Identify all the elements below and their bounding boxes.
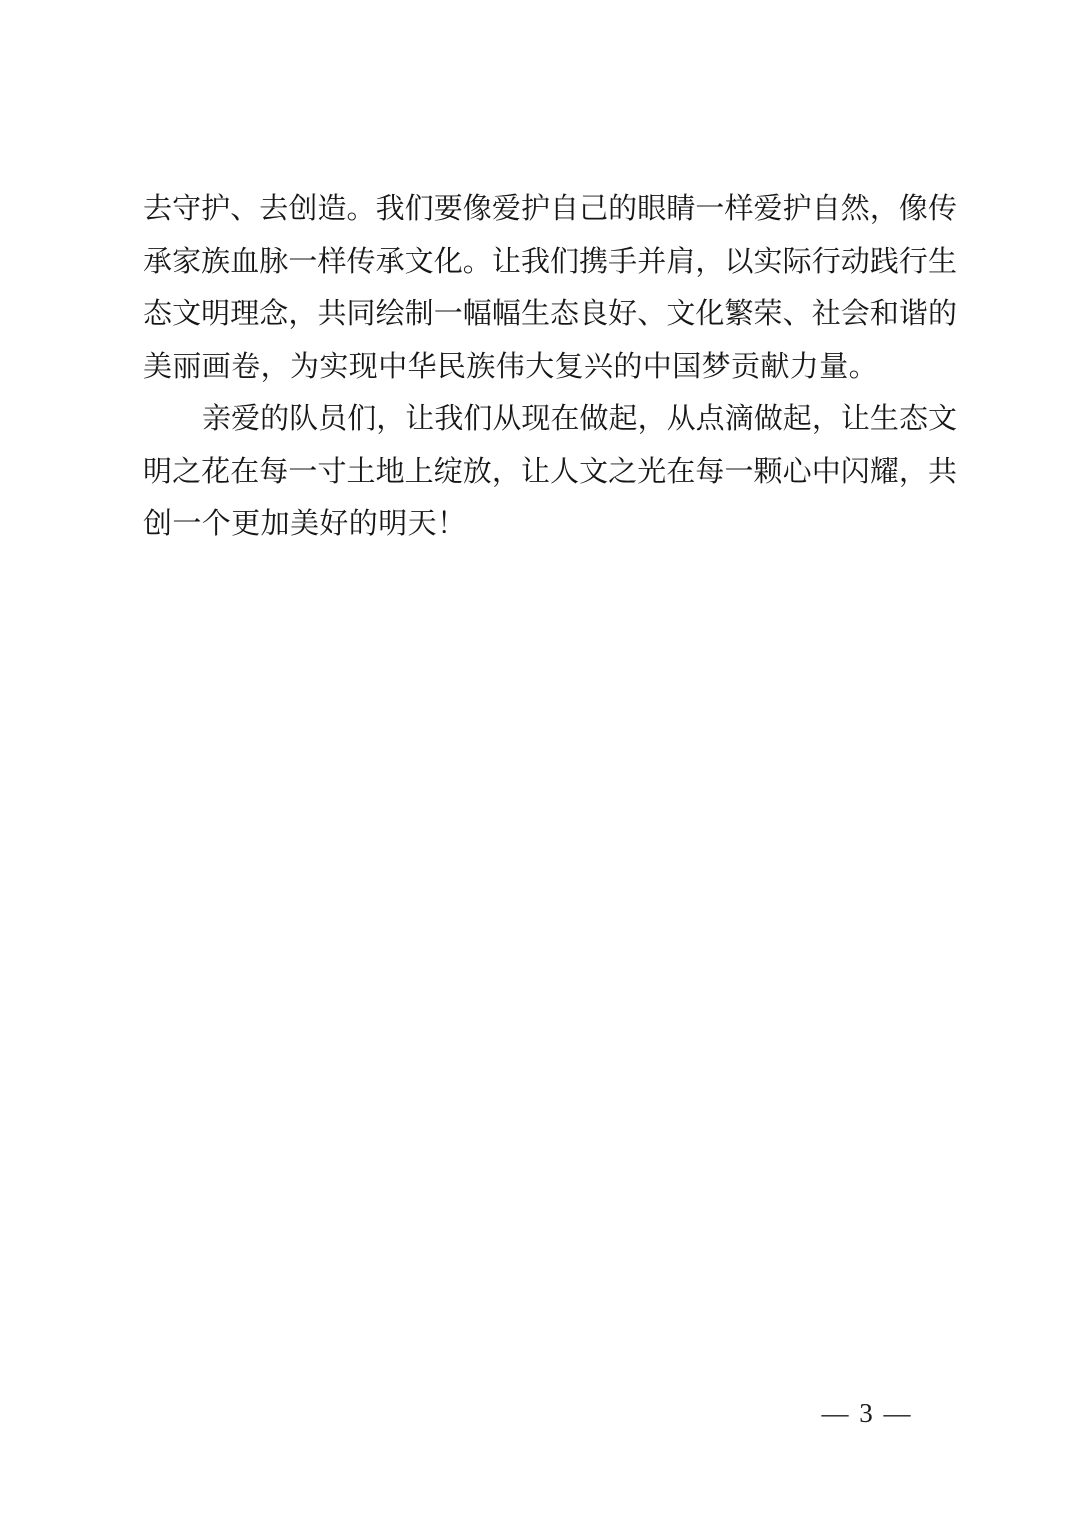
- document-page: 去守护、去创造。我们要像爱护自己的眼睛一样爱护自然，像传 承家族血脉一样传承文化…: [0, 0, 1080, 1527]
- page-number: — 3 —: [812, 1398, 922, 1429]
- paragraph-1-line-2: 承家族血脉一样传承文化。让我们携手并肩，以实际行动践行生: [143, 236, 957, 289]
- paragraph-2-line-1: 亲爱的队员们，让我们从现在做起，从点滴做起，让生态文: [143, 393, 957, 446]
- paragraph-2-line-3: 创一个更加美好的明天！: [143, 498, 957, 551]
- paragraph-2: 亲爱的队员们，让我们从现在做起，从点滴做起，让生态文 明之花在每一寸土地上绽放，…: [143, 393, 957, 551]
- paragraph-1: 去守护、去创造。我们要像爱护自己的眼睛一样爱护自然，像传 承家族血脉一样传承文化…: [143, 183, 957, 393]
- text-block: 去守护、去创造。我们要像爱护自己的眼睛一样爱护自然，像传 承家族血脉一样传承文化…: [143, 183, 957, 551]
- paragraph-1-line-3: 态文明理念，共同绘制一幅幅生态良好、文化繁荣、社会和谐的: [143, 288, 957, 341]
- paragraph-1-line-4: 美丽画卷，为实现中华民族伟大复兴的中国梦贡献力量。: [143, 341, 957, 394]
- paragraph-2-line-2: 明之花在每一寸土地上绽放，让人文之光在每一颗心中闪耀，共: [143, 446, 957, 499]
- paragraph-1-line-1: 去守护、去创造。我们要像爱护自己的眼睛一样爱护自然，像传: [143, 183, 957, 236]
